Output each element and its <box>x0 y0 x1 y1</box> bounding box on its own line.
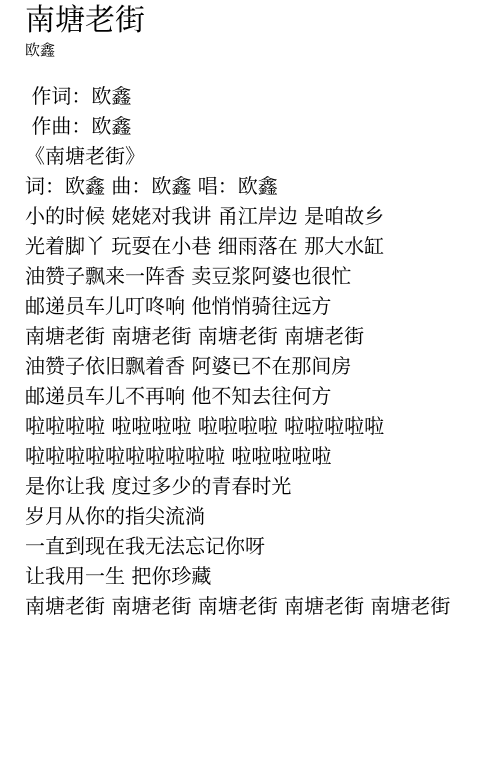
lyric-line: 油赞子依旧飘着香 阿婆已不在那间房 <box>25 351 480 381</box>
lyric-line: 啦啦啦啦啦啦啦啦啦啦 啦啦啦啦啦 <box>25 441 480 471</box>
lyric-line: 一直到现在我无法忘记你呀 <box>25 531 480 561</box>
lyric-line: 光着脚丫 玩耍在小巷 细雨落在 那大水缸 <box>25 231 480 261</box>
lyric-line: 是你让我 度过多少的青春时光 <box>25 471 480 501</box>
lyric-line: 油赞子飘来一阵香 卖豆浆阿婆也很忙 <box>25 261 480 291</box>
lyrics-page: 南塘老街 欧鑫 作词：欧鑫 作曲：欧鑫 《南塘老街》 词：欧鑫 曲：欧鑫 唱：欧… <box>0 0 500 760</box>
song-header: 南塘老街 欧鑫 <box>25 3 480 61</box>
lyric-line: 啦啦啦啦 啦啦啦啦 啦啦啦啦 啦啦啦啦啦 <box>25 411 480 441</box>
lyric-line-credits: 词：欧鑫 曲：欧鑫 唱：欧鑫 <box>25 171 480 201</box>
lyric-line-song-name: 《南塘老街》 <box>25 141 480 171</box>
lyric-line: 邮递员车儿不再响 他不知去往何方 <box>25 381 480 411</box>
lyric-line: 让我用一生 把你珍藏 <box>25 561 480 591</box>
artist-name: 欧鑫 <box>25 39 480 61</box>
lyric-line: 邮递员车儿叮咚响 他悄悄骑往远方 <box>25 291 480 321</box>
lyric-line: 南塘老街 南塘老街 南塘老街 南塘老街 南塘老街 <box>25 591 480 621</box>
page-title: 南塘老街 <box>25 3 480 39</box>
lyrics-block: 作词：欧鑫 作曲：欧鑫 《南塘老街》 词：欧鑫 曲：欧鑫 唱：欧鑫 小的时候 姥… <box>25 81 480 621</box>
lyric-line: 小的时候 姥姥对我讲 甬江岸边 是咱故乡 <box>25 201 480 231</box>
lyric-line-credit-lyricist: 作词：欧鑫 <box>25 81 480 111</box>
lyric-line-credit-composer: 作曲：欧鑫 <box>25 111 480 141</box>
lyric-line: 岁月从你的指尖流淌 <box>25 501 480 531</box>
lyric-line: 南塘老街 南塘老街 南塘老街 南塘老街 <box>25 321 480 351</box>
